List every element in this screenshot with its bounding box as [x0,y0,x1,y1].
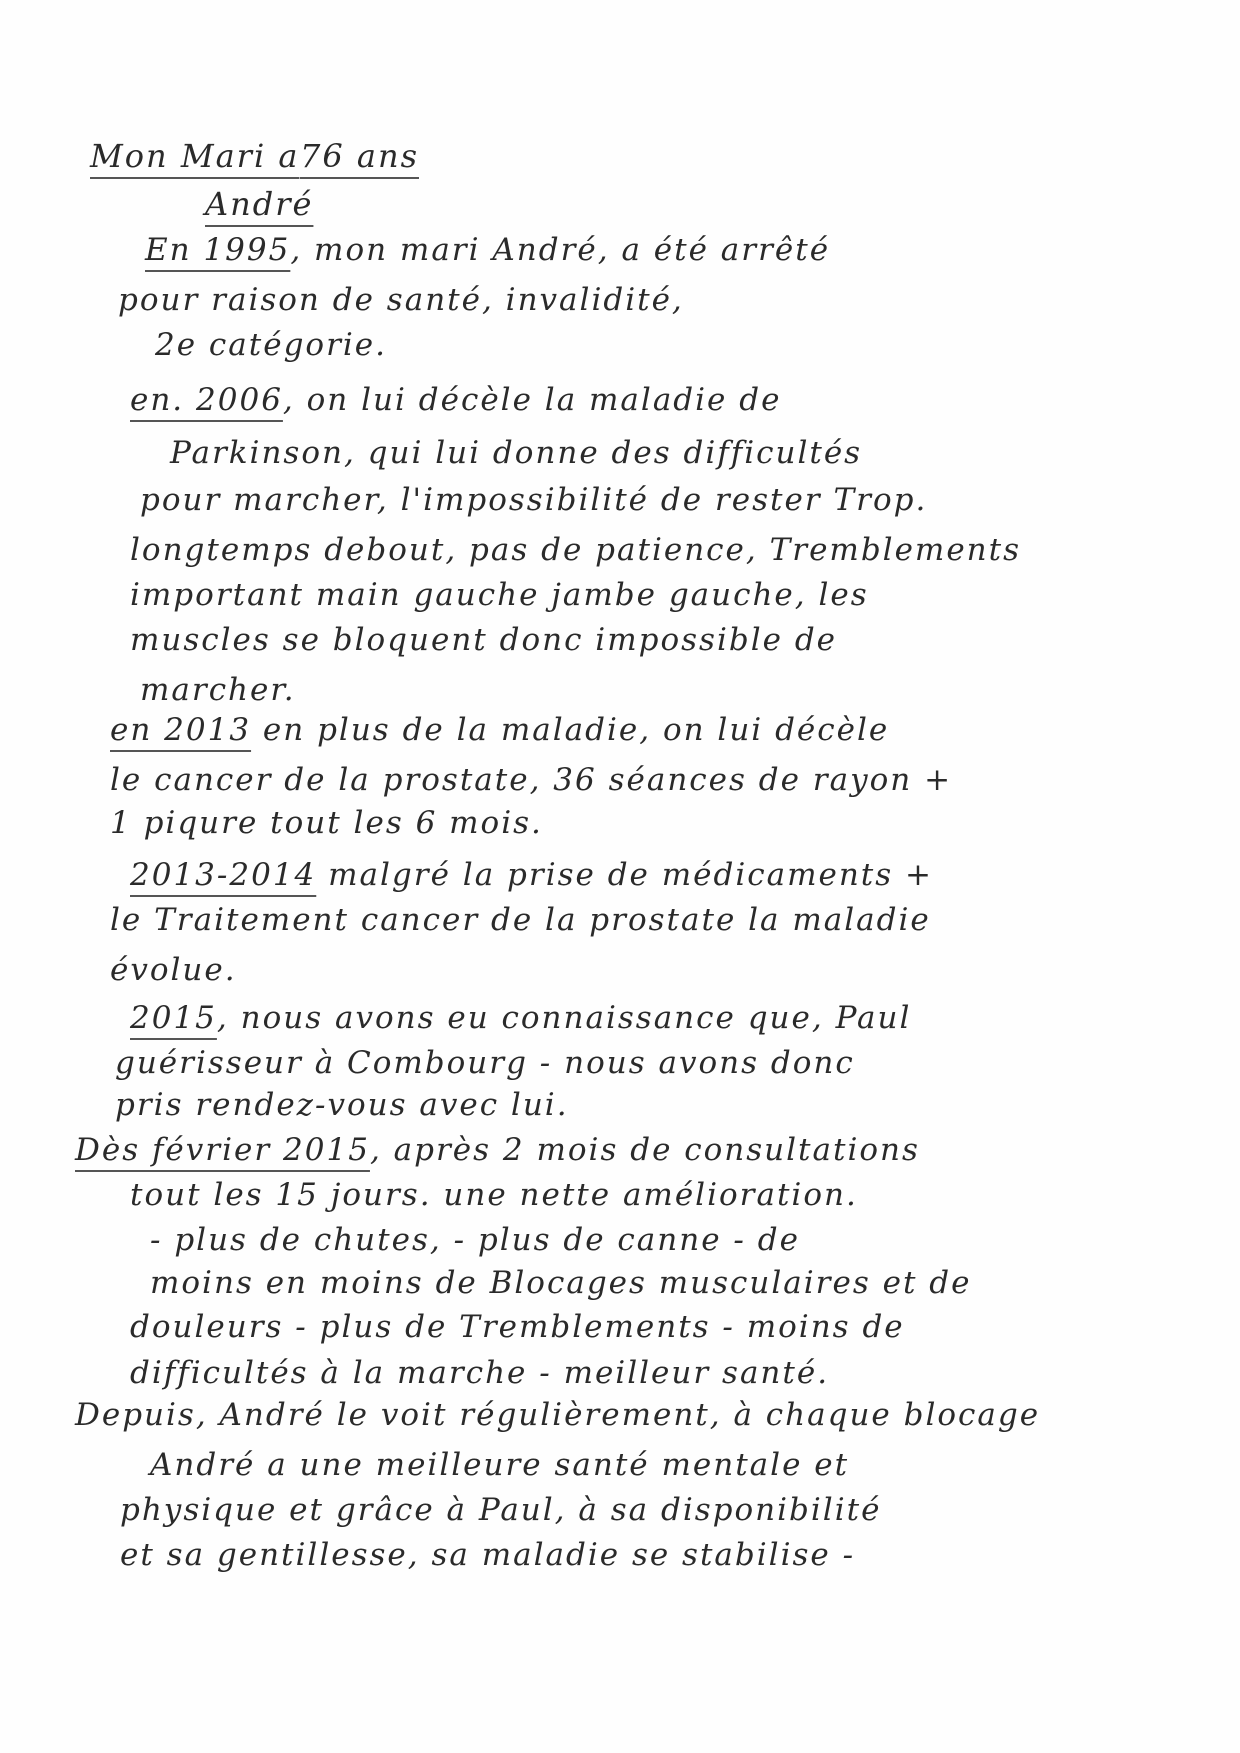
line-text: douleurs - plus de Tremblements - moins … [130,1309,905,1345]
line-text: malgré la prise de médicaments + [316,857,933,893]
letter-line: marcher. [140,675,296,706]
line-text: évolue. [110,952,237,988]
letter-line: en 2013 en plus de la maladie, on lui dé… [110,715,889,746]
letter-line: pour marcher, l'impossibilité de rester … [140,485,927,516]
letter-line: 2015, nous avons eu connaissance que, Pa… [130,1003,911,1034]
line-text: pour marcher, l'impossibilité de rester … [140,482,927,518]
line-text: le cancer de la prostate, 36 séances de … [110,762,952,798]
letter-line: En 1995, mon mari André, a été arrêté [145,235,830,266]
line-text: Parkinson, qui lui donne des difficultés [170,435,862,471]
line-text: guérisseur à Combourg - nous avons donc [115,1045,855,1081]
line-text: , on lui décèle la maladie de [283,382,782,418]
letter-line: physique et grâce à Paul, à sa disponibi… [120,1495,881,1526]
letter-line: Depuis, André le voit régulièrement, à c… [75,1400,1040,1431]
line-text: marcher. [140,672,296,708]
underlined-date: en. 2006 [130,382,283,418]
letter-line: guérisseur à Combourg - nous avons donc [115,1048,855,1079]
title-line-part2: 76 ans [300,140,419,172]
letter-line: 2e catégorie. [155,330,387,361]
letter-line: le Traitement cancer de la prostate la m… [110,905,931,936]
letter-line: le cancer de la prostate, 36 séances de … [110,765,952,796]
letter-line: pris rendez-vous avec lui. [115,1090,569,1121]
letter-line: muscles se bloquent donc impossible de [130,625,837,656]
line-text: physique et grâce à Paul, à sa disponibi… [120,1492,881,1528]
line-text: difficultés à la marche - meilleur santé… [130,1355,829,1391]
letter-line: moins en moins de Blocages musculaires e… [150,1268,971,1299]
line-text: , mon mari André, a été arrêté [290,232,830,268]
line-text: longtemps debout, pas de patience, Tremb… [130,532,1021,568]
line-text: 2e catégorie. [155,327,387,363]
line-text: le Traitement cancer de la prostate la m… [110,902,931,938]
line-text: 1 piqure tout les 6 mois. [110,805,543,841]
line-text: moins en moins de Blocages musculaires e… [150,1265,971,1301]
letter-line: pour raison de santé, invalidité, [118,285,684,316]
line-text: important main gauche jambe gauche, les [130,577,869,613]
letter-line: douleurs - plus de Tremblements - moins … [130,1312,905,1343]
line-text: pour raison de santé, invalidité, [118,282,684,318]
line-text: en plus de la maladie, on lui décèle [251,712,889,748]
line-text: André a une meilleure santé mentale et [150,1447,849,1483]
underlined-date: En 1995 [145,232,290,268]
letter-line: tout les 15 jours. une nette amélioratio… [130,1180,858,1211]
letter-line: évolue. [110,955,237,986]
line-text: muscles se bloquent donc impossible de [130,622,837,658]
letter-line: en. 2006, on lui décèle la maladie de [130,385,781,416]
underlined-date: en 2013 [110,712,251,748]
line-text: pris rendez-vous avec lui. [115,1087,569,1123]
letter-line: Parkinson, qui lui donne des difficultés [170,438,862,469]
line-text: Depuis, André le voit régulièrement, à c… [75,1397,1040,1433]
line-text: , nous avons eu connaissance que, Paul [217,1000,912,1036]
letter-line: et sa gentillesse, sa maladie se stabili… [120,1540,855,1571]
line-text: et sa gentillesse, sa maladie se stabili… [120,1537,855,1573]
line-text: tout les 15 jours. une nette amélioratio… [130,1177,858,1213]
letter-line: longtemps debout, pas de patience, Tremb… [130,535,1021,566]
letter-line: - plus de chutes, - plus de canne - de [150,1225,800,1256]
letter-line: difficultés à la marche - meilleur santé… [130,1358,829,1389]
letter-line: 1 piqure tout les 6 mois. [110,808,543,839]
underlined-date: 2013-2014 [130,857,316,893]
title-name: André [205,188,313,220]
line-text: , après 2 mois de consultations [370,1132,920,1168]
letter-line: André a une meilleure santé mentale et [150,1450,849,1481]
title-line-part1: Mon Mari a [90,140,299,172]
handwritten-letter-page: Mon Mari a 76 ans André En 1995, mon mar… [0,0,1240,1753]
underlined-date: 2015 [130,1000,217,1036]
letter-line: 2013-2014 malgré la prise de médicaments… [130,860,933,891]
line-text: - plus de chutes, - plus de canne - de [150,1222,800,1258]
letter-line: important main gauche jambe gauche, les [130,580,869,611]
letter-line: Dès février 2015, après 2 mois de consul… [75,1135,920,1166]
underlined-date: Dès février 2015 [75,1132,370,1168]
